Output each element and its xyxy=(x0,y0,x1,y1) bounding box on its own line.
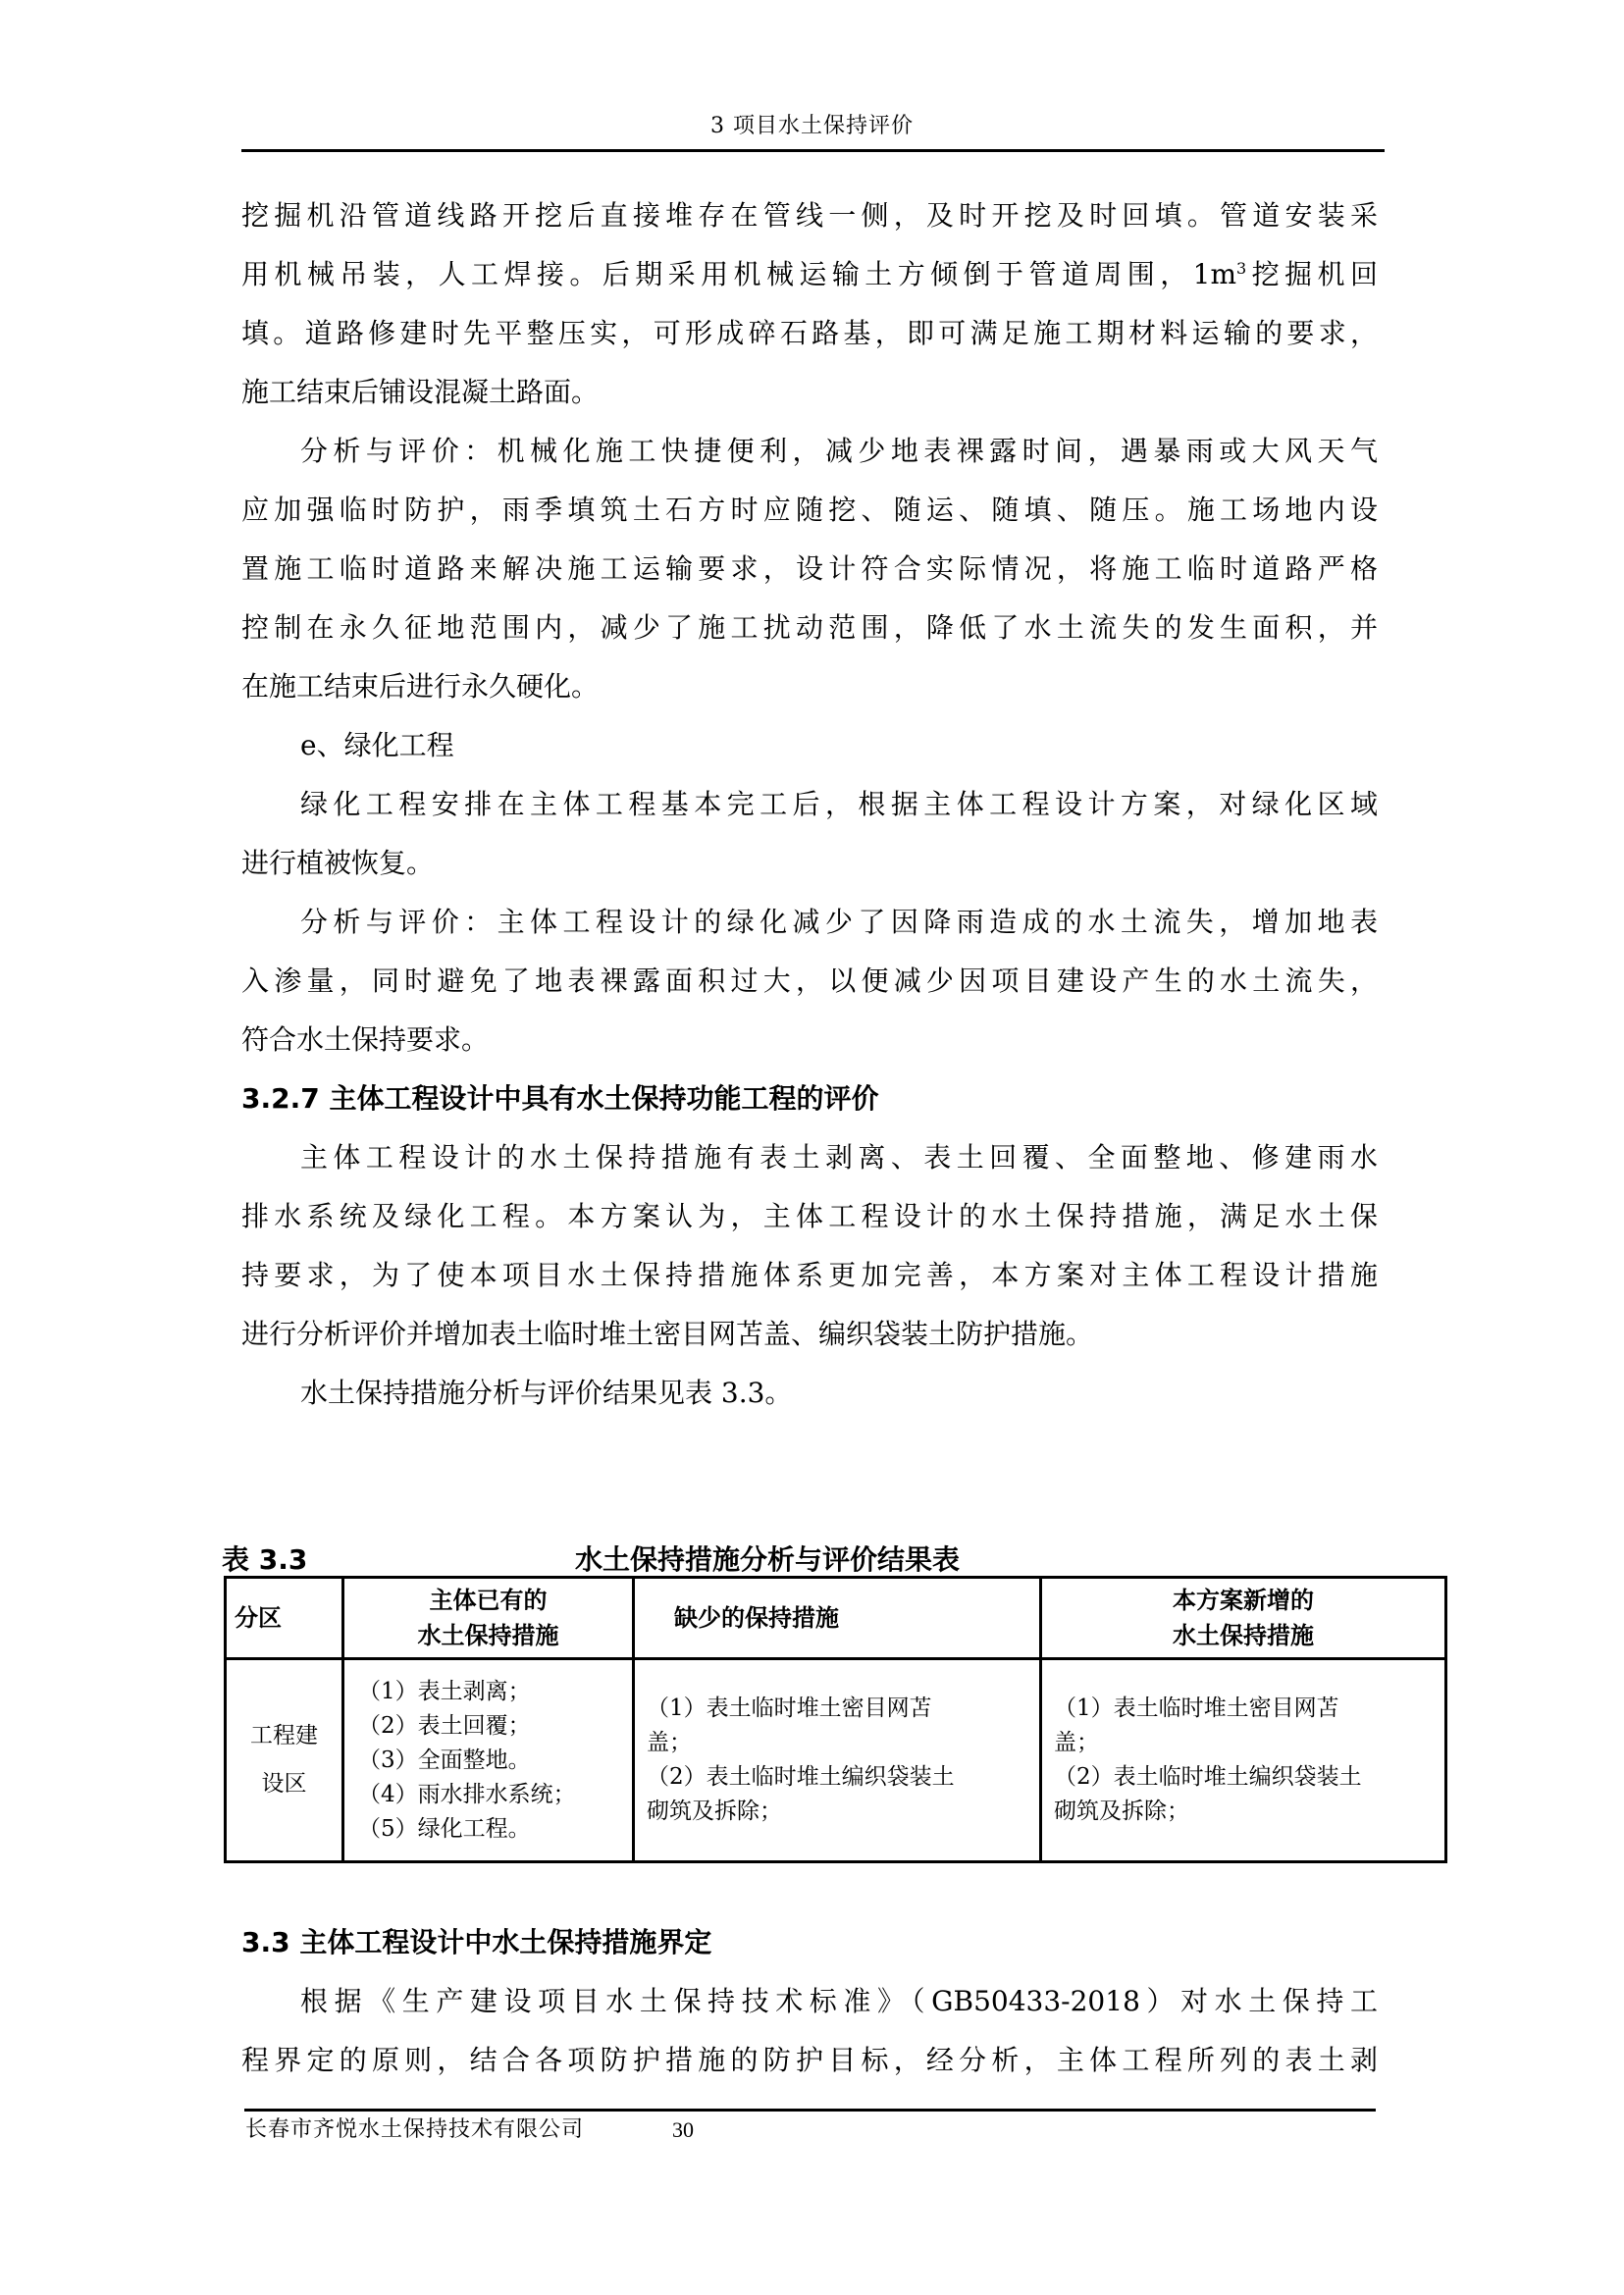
body-line: 应加强临时防护，雨季填筑土石方时应随挖、随运、随填、随压。施工场地内设 xyxy=(241,481,1378,540)
page-content-lower: 3.3 主体工程设计中水土保持措施界定 根据《生产建设项目水土保持技术标准》（G… xyxy=(241,1913,1378,2090)
body-line: 水土保持措施分析与评价结果见表 3.3。 xyxy=(241,1364,1378,1423)
zone-line: 工程建 xyxy=(235,1719,334,1753)
zone-line: 设区 xyxy=(235,1767,334,1801)
header-zone: 分区 xyxy=(226,1578,343,1659)
measures-table: 分区 主体已有的 水土保持措施 缺少的保持措施 本方案新增的 水土保持措施 工程… xyxy=(224,1576,1447,1863)
measure-item: （2）表土回覆； xyxy=(358,1709,624,1744)
cell-existing: （1）表土剥离； （2）表土回覆； （3）全面整地。 （4）雨水排水系统； （5… xyxy=(343,1659,634,1862)
body-line: 进行分析评价并增加表土临时堆土密目网苫盖、编织袋装土防护措施。 xyxy=(241,1305,1378,1364)
measure-item: （1）表土临时堆土密目网苫 xyxy=(647,1692,1031,1726)
header-existing-line: 水土保持措施 xyxy=(352,1618,624,1653)
header-existing-line: 主体已有的 xyxy=(352,1583,624,1618)
body-line: 持要求，为了使本项目水土保持措施体系更加完善，本方案对主体工程设计措施 xyxy=(241,1246,1378,1305)
body-line: 填。道路修建时先平整压实，可形成碎石路基，即可满足施工期材料运输的要求， xyxy=(241,304,1378,363)
measure-item: 盖； xyxy=(1054,1726,1437,1760)
running-header: 3 项目水土保持评价 xyxy=(0,112,1624,141)
body-text: 用机械吊装，人工焊接。后期采用机械运输土方倾倒于管道周围，1m xyxy=(241,258,1236,290)
body-line: 分析与评价：主体工程设计的绿化减少了因降雨造成的水土流失，增加地表 xyxy=(241,893,1378,952)
header-rule xyxy=(241,149,1385,152)
table-number: 表 3.3 xyxy=(222,1539,307,1578)
measure-item: （2）表土临时堆土编织袋装土 xyxy=(647,1760,1031,1795)
measure-item: （2）表土临时堆土编织袋装土 xyxy=(1054,1760,1437,1795)
header-added: 本方案新增的 水土保持措施 xyxy=(1041,1578,1446,1659)
body-line: 分析与评价：机械化施工快捷便利，减少地表裸露时间，遇暴雨或大风天气 xyxy=(241,422,1378,481)
superscript: 3 xyxy=(1236,259,1246,278)
header-added-line: 水土保持措施 xyxy=(1050,1618,1437,1653)
measure-item: 盖； xyxy=(647,1726,1031,1760)
body-line: 根据《生产建设项目水土保持技术标准》（GB50433-2018）对水土保持工 xyxy=(241,1972,1378,2031)
header-existing: 主体已有的 水土保持措施 xyxy=(343,1578,634,1659)
body-line: 在施工结束后进行永久硬化。 xyxy=(241,657,1378,716)
measure-item: （1）表土临时堆土密目网苫 xyxy=(1054,1692,1437,1726)
section-heading-3-2-7: 3.2.7 主体工程设计中具有水土保持功能工程的评价 xyxy=(241,1069,1378,1128)
footer-rule xyxy=(244,2109,1376,2112)
measure-item: 砌筑及拆除； xyxy=(647,1795,1031,1829)
measure-item: 砌筑及拆除； xyxy=(1054,1795,1437,1829)
table-row: 工程建 设区 （1）表土剥离； （2）表土回覆； （3）全面整地。 （4）雨水排… xyxy=(226,1659,1446,1862)
body-line: 程界定的原则，结合各项防护措施的防护目标，经分析，主体工程所列的表土剥 xyxy=(241,2031,1378,2090)
body-text: 挖掘机回 xyxy=(1246,258,1378,290)
body-line: 施工结束后铺设混凝土路面。 xyxy=(241,363,1378,422)
header-added-line: 本方案新增的 xyxy=(1050,1583,1437,1618)
body-line: 挖掘机沿管道线路开挖后直接堆存在管线一侧，及时开挖及时回填。管道安装采 xyxy=(241,186,1378,245)
header-missing: 缺少的保持措施 xyxy=(634,1578,1041,1659)
table-title: 水土保持措施分析与评价结果表 xyxy=(575,1539,960,1578)
body-line: 入渗量，同时避免了地表裸露面积过大，以便减少因项目建设产生的水土流失， xyxy=(241,952,1378,1011)
body-line: 控制在永久征地范围内，减少了施工扰动范围，降低了水土流失的发生面积，并 xyxy=(241,599,1378,657)
table-caption: 表 3.3 水土保持措施分析与评价结果表 xyxy=(222,1539,1448,1574)
cell-missing: （1）表土临时堆土密目网苫 盖； （2）表土临时堆土编织袋装土 砌筑及拆除； xyxy=(634,1659,1041,1862)
subheading-e: e、绿化工程 xyxy=(241,716,1378,775)
body-line: 绿化工程安排在主体工程基本完工后，根据主体工程设计方案，对绿化区域 xyxy=(241,775,1378,834)
cell-added: （1）表土临时堆土密目网苫 盖； （2）表土临时堆土编织袋装土 砌筑及拆除； xyxy=(1041,1659,1446,1862)
measure-item: （4）雨水排水系统； xyxy=(358,1778,624,1812)
body-line: 符合水土保持要求。 xyxy=(241,1011,1378,1069)
measure-item: （3）全面整地。 xyxy=(358,1744,624,1778)
cell-zone: 工程建 设区 xyxy=(226,1659,343,1862)
measure-item: （5）绿化工程。 xyxy=(358,1812,624,1847)
measure-item: （1）表土剥离； xyxy=(358,1675,624,1709)
body-line: 排水系统及绿化工程。本方案认为，主体工程设计的水土保持措施，满足水土保 xyxy=(241,1187,1378,1246)
section-heading-3-3: 3.3 主体工程设计中水土保持措施界定 xyxy=(241,1913,1378,1972)
body-line: 置施工临时道路来解决施工运输要求，设计符合实际情况，将施工临时道路严格 xyxy=(241,540,1378,599)
body-line: 用机械吊装，人工焊接。后期采用机械运输土方倾倒于管道周围，1m3挖掘机回 xyxy=(241,245,1378,304)
body-line: 主体工程设计的水土保持措施有表土剥离、表土回覆、全面整地、修建雨水 xyxy=(241,1128,1378,1187)
table-header-row: 分区 主体已有的 水土保持措施 缺少的保持措施 本方案新增的 水土保持措施 xyxy=(226,1578,1446,1659)
page-content: 挖掘机沿管道线路开挖后直接堆存在管线一侧，及时开挖及时回填。管道安装采 用机械吊… xyxy=(241,186,1378,1423)
body-line: 进行植被恢复。 xyxy=(241,834,1378,893)
page-number: 30 xyxy=(487,2114,879,2146)
